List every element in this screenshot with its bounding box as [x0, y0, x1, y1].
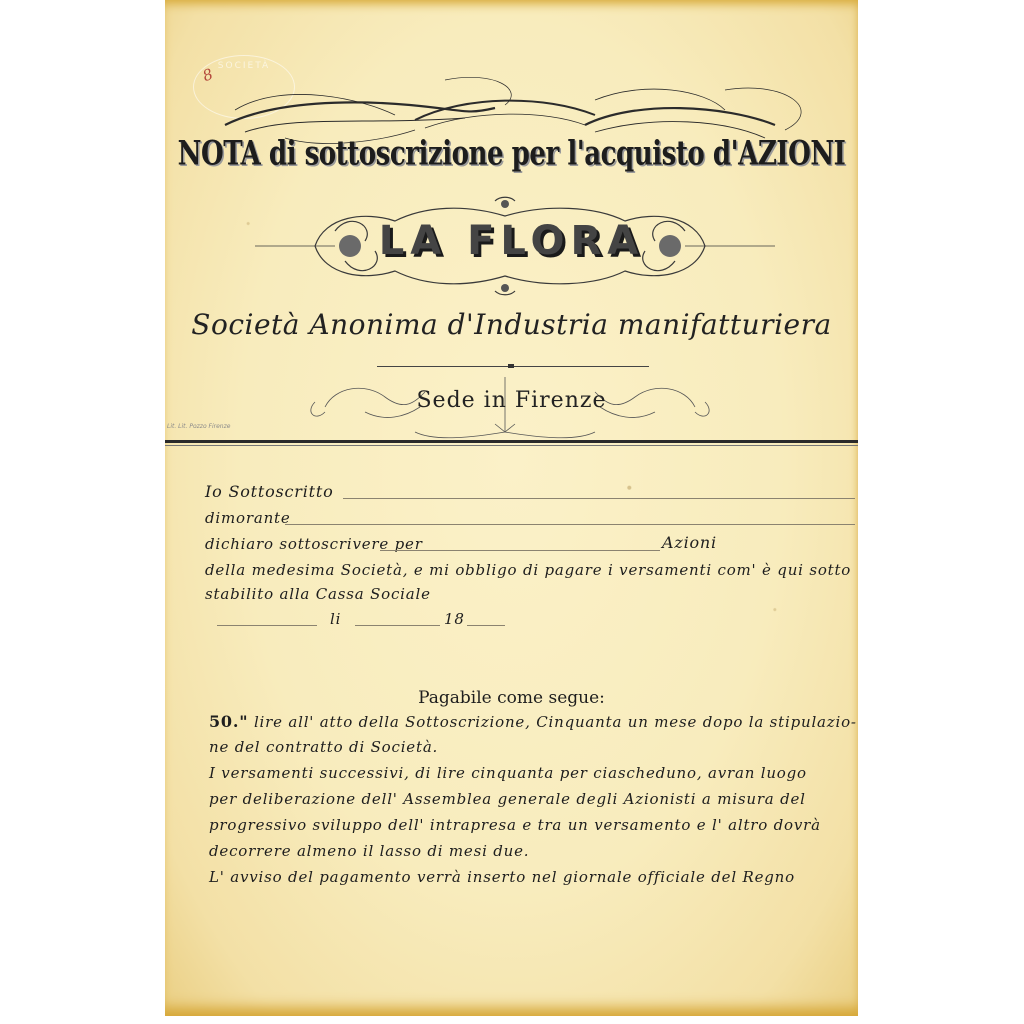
- shares-quantity-field[interactable]: [380, 550, 660, 551]
- company-seat: Sede in Firenze: [165, 388, 858, 413]
- year-prefix: 18: [444, 610, 465, 628]
- document-page: SOCIETÀ 8 NOTA di sottoscrizione per l'a…: [165, 0, 858, 1016]
- payment-line-2: ne del contratto di Società.: [209, 738, 438, 756]
- body-text-line-1: della medesima Società, e mi obbligo di …: [205, 561, 851, 579]
- field-suffix-shares: Azioni: [662, 533, 717, 552]
- payment-line-7: L' avviso del pagamento verrà inserto ne…: [209, 868, 795, 886]
- payment-line-5: progressivo sviluppo dell' intrapresa e …: [209, 816, 821, 834]
- field-label-residence: dimorante: [205, 509, 291, 527]
- date-li-label: li: [330, 610, 341, 628]
- header-rule: [165, 440, 858, 443]
- payment-line-6: decorrere almeno il lasso di mesi due.: [209, 842, 529, 860]
- flourish-ornament-icon: [165, 70, 858, 140]
- header-rule-thin: [165, 445, 858, 446]
- residence-field[interactable]: [285, 524, 855, 525]
- place-field[interactable]: [217, 625, 317, 626]
- day-field[interactable]: [355, 625, 440, 626]
- payment-line-4: per deliberazione dell' Assemblea genera…: [209, 790, 806, 808]
- payment-line-1-text: lire all' atto della Sottoscrizione, Cin…: [254, 713, 857, 731]
- form-title: NOTA di sottoscrizione per l'acquisto d'…: [165, 133, 858, 172]
- initial-amount: 50.": [209, 712, 248, 731]
- payment-line-3: I versamenti successivi, di lire cinquan…: [209, 764, 807, 782]
- body-text-line-2: stabilito alla Cassa Sociale: [205, 585, 431, 603]
- printer-credit: Lit. Lit. Pozzo Firenze: [167, 423, 230, 430]
- subscriber-name-field[interactable]: [343, 498, 855, 499]
- divider-dot: [508, 364, 514, 368]
- payment-line-1: 50." lire all' atto della Sottoscrizione…: [209, 712, 857, 731]
- company-description: Società Anonima d'Industria manifatturie…: [165, 308, 858, 341]
- year-field[interactable]: [467, 625, 505, 626]
- field-label-subscriber: Io Sottoscritto: [205, 482, 334, 501]
- company-name: LA FLORA: [165, 218, 858, 264]
- payment-heading: Pagabile come segue:: [165, 688, 858, 708]
